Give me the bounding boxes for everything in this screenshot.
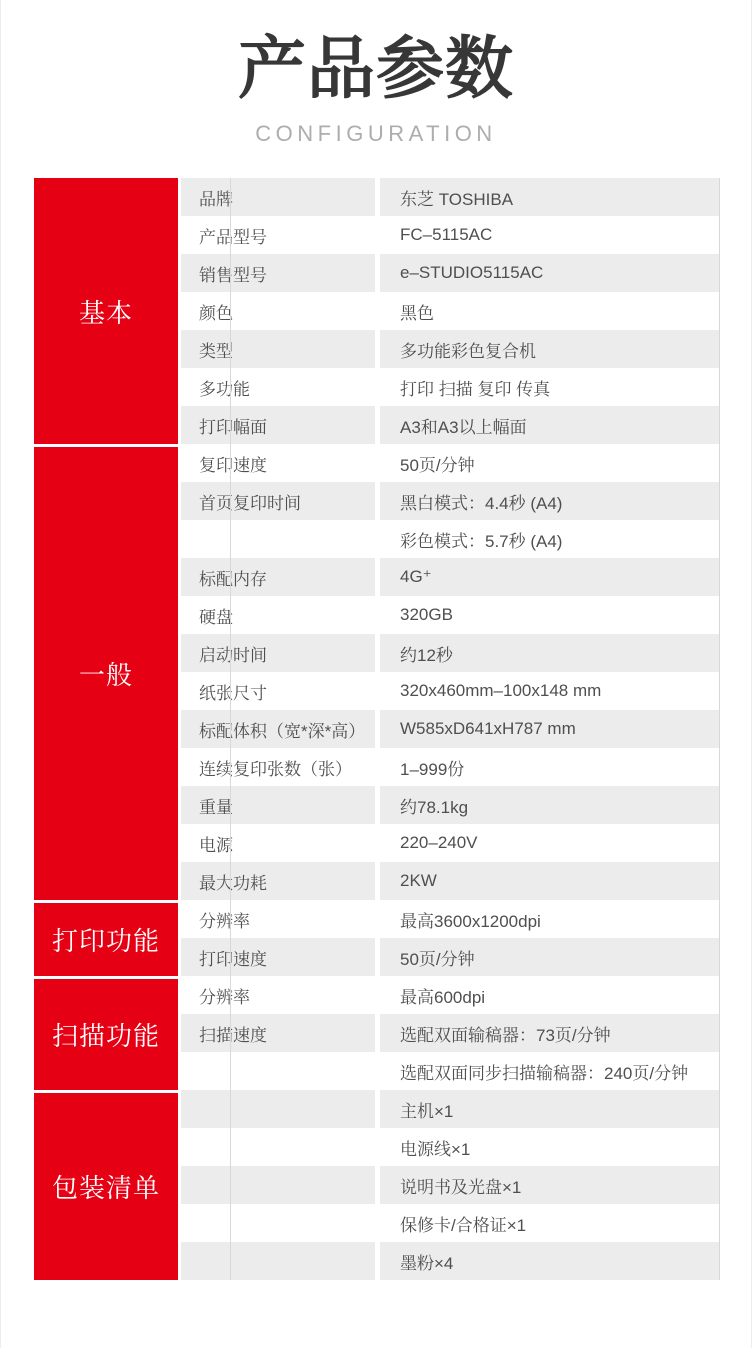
spec-row: 启动时间约12秒 <box>181 634 720 672</box>
spec-label <box>181 520 375 558</box>
spec-row: 连续复印张数（张）1–999份 <box>181 748 720 786</box>
spec-row: 说明书及光盘×1 <box>181 1166 720 1204</box>
spec-label <box>181 1166 375 1204</box>
spec-value: 220–240V <box>380 824 720 862</box>
spec-value: 约12秒 <box>380 634 720 672</box>
spec-value: 打印 扫描 复印 传真 <box>380 368 720 406</box>
spec-value: A3和A3以上幅面 <box>380 406 720 444</box>
rows-column: 品牌东芝 TOSHIBA产品型号FC–5115AC销售型号e–STUDIO511… <box>181 178 720 1280</box>
spec-label: 品牌 <box>181 178 375 216</box>
spec-value: 最高600dpi <box>380 976 720 1014</box>
spec-label <box>181 1204 375 1242</box>
spec-value: 50页/分钟 <box>380 938 720 976</box>
spec-row: 墨粉×4 <box>181 1242 720 1280</box>
spec-label: 纸张尺寸 <box>181 672 375 710</box>
spec-row: 硬盘320GB <box>181 596 720 634</box>
spec-row: 品牌东芝 TOSHIBA <box>181 178 720 216</box>
spec-value: FC–5115AC <box>380 216 720 254</box>
spec-row: 彩色模式：5.7秒 (A4) <box>181 520 720 558</box>
spec-value: 多功能彩色复合机 <box>380 330 720 368</box>
spec-row: 分辨率最高600dpi <box>181 976 720 1014</box>
spec-label <box>181 1242 375 1280</box>
spec-value: 50页/分钟 <box>380 444 720 482</box>
spec-row: 首页复印时间黑白模式：4.4秒 (A4) <box>181 482 720 520</box>
spec-value: 约78.1kg <box>380 786 720 824</box>
spec-value: 说明书及光盘×1 <box>380 1166 720 1204</box>
spec-label <box>181 1128 375 1166</box>
spec-label: 销售型号 <box>181 254 375 292</box>
spec-label: 分辨率 <box>181 976 375 1014</box>
spec-value: 黑色 <box>380 292 720 330</box>
spec-label <box>181 1052 375 1090</box>
spec-row: 重量约78.1kg <box>181 786 720 824</box>
product-parameters-page: 产品参数 CONFIGURATION 基本一般打印功能扫描功能包装清单 品牌东芝… <box>0 0 752 1348</box>
spec-table: 基本一般打印功能扫描功能包装清单 品牌东芝 TOSHIBA产品型号FC–5115… <box>34 178 720 1280</box>
spec-label: 电源 <box>181 824 375 862</box>
spec-label: 复印速度 <box>181 444 375 482</box>
spec-value: 最高3600x1200dpi <box>380 900 720 938</box>
spec-label: 首页复印时间 <box>181 482 375 520</box>
section-label-basic: 基本 <box>34 178 178 444</box>
spec-value: e–STUDIO5115AC <box>380 254 720 292</box>
spec-row: 扫描速度选配双面输稿器：73页/分钟 <box>181 1014 720 1052</box>
spec-value: W585xD641xH787 mm <box>380 710 720 748</box>
spec-row: 保修卡/合格证×1 <box>181 1204 720 1242</box>
spec-label: 分辨率 <box>181 900 375 938</box>
spec-value: 4G⁺ <box>380 558 720 596</box>
spec-row: 主机×1 <box>181 1090 720 1128</box>
spec-row: 分辨率最高3600x1200dpi <box>181 900 720 938</box>
spec-value: 主机×1 <box>380 1090 720 1128</box>
spec-label: 扫描速度 <box>181 1014 375 1052</box>
spec-label: 打印速度 <box>181 938 375 976</box>
spec-row: 纸张尺寸320x460mm–100x148 mm <box>181 672 720 710</box>
spec-value: 保修卡/合格证×1 <box>380 1204 720 1242</box>
spec-value: 墨粉×4 <box>380 1242 720 1280</box>
spec-label: 重量 <box>181 786 375 824</box>
spec-value: 320x460mm–100x148 mm <box>380 672 720 710</box>
spec-value: 选配双面输稿器：73页/分钟 <box>380 1014 720 1052</box>
spec-label: 标配内存 <box>181 558 375 596</box>
spec-label: 多功能 <box>181 368 375 406</box>
spec-value: 电源线×1 <box>380 1128 720 1166</box>
spec-value: 东芝 TOSHIBA <box>380 178 720 216</box>
section-label-general: 一般 <box>34 444 178 900</box>
section-label-package: 包装清单 <box>34 1090 178 1280</box>
spec-label: 连续复印张数（张） <box>181 748 375 786</box>
table-right-edge-line <box>719 178 720 1280</box>
spec-label: 标配体积（宽*深*高） <box>181 710 375 748</box>
spec-row: 类型多功能彩色复合机 <box>181 330 720 368</box>
page-title: 产品参数 <box>1 30 751 108</box>
spec-value: 黑白模式：4.4秒 (A4) <box>380 482 720 520</box>
spec-label: 打印幅面 <box>181 406 375 444</box>
spec-value: 320GB <box>380 596 720 634</box>
spec-label: 类型 <box>181 330 375 368</box>
spec-row: 电源线×1 <box>181 1128 720 1166</box>
spec-row: 标配内存4G⁺ <box>181 558 720 596</box>
spec-row: 电源220–240V <box>181 824 720 862</box>
spec-value: 选配双面同步扫描输稿器：240页/分钟 <box>380 1052 720 1090</box>
page-subtitle: CONFIGURATION <box>1 121 751 147</box>
spec-label: 最大功耗 <box>181 862 375 900</box>
spec-label: 硬盘 <box>181 596 375 634</box>
spec-row: 产品型号FC–5115AC <box>181 216 720 254</box>
spec-row: 标配体积（宽*深*高）W585xD641xH787 mm <box>181 710 720 748</box>
spec-row: 多功能打印 扫描 复印 传真 <box>181 368 720 406</box>
page-header: 产品参数 CONFIGURATION <box>1 30 751 147</box>
spec-row: 复印速度50页/分钟 <box>181 444 720 482</box>
section-column: 基本一般打印功能扫描功能包装清单 <box>34 178 178 1280</box>
spec-row: 打印幅面A3和A3以上幅面 <box>181 406 720 444</box>
spec-row: 销售型号e–STUDIO5115AC <box>181 254 720 292</box>
spec-label: 产品型号 <box>181 216 375 254</box>
spec-row: 选配双面同步扫描输稿器：240页/分钟 <box>181 1052 720 1090</box>
spec-row: 最大功耗2KW <box>181 862 720 900</box>
section-label-scan: 扫描功能 <box>34 976 178 1090</box>
column-divider-line <box>230 178 231 1280</box>
spec-row: 打印速度50页/分钟 <box>181 938 720 976</box>
spec-row: 颜色黑色 <box>181 292 720 330</box>
spec-value: 2KW <box>380 862 720 900</box>
spec-label: 颜色 <box>181 292 375 330</box>
spec-value: 彩色模式：5.7秒 (A4) <box>380 520 720 558</box>
spec-value: 1–999份 <box>380 748 720 786</box>
spec-label <box>181 1090 375 1128</box>
section-label-print: 打印功能 <box>34 900 178 976</box>
spec-label: 启动时间 <box>181 634 375 672</box>
